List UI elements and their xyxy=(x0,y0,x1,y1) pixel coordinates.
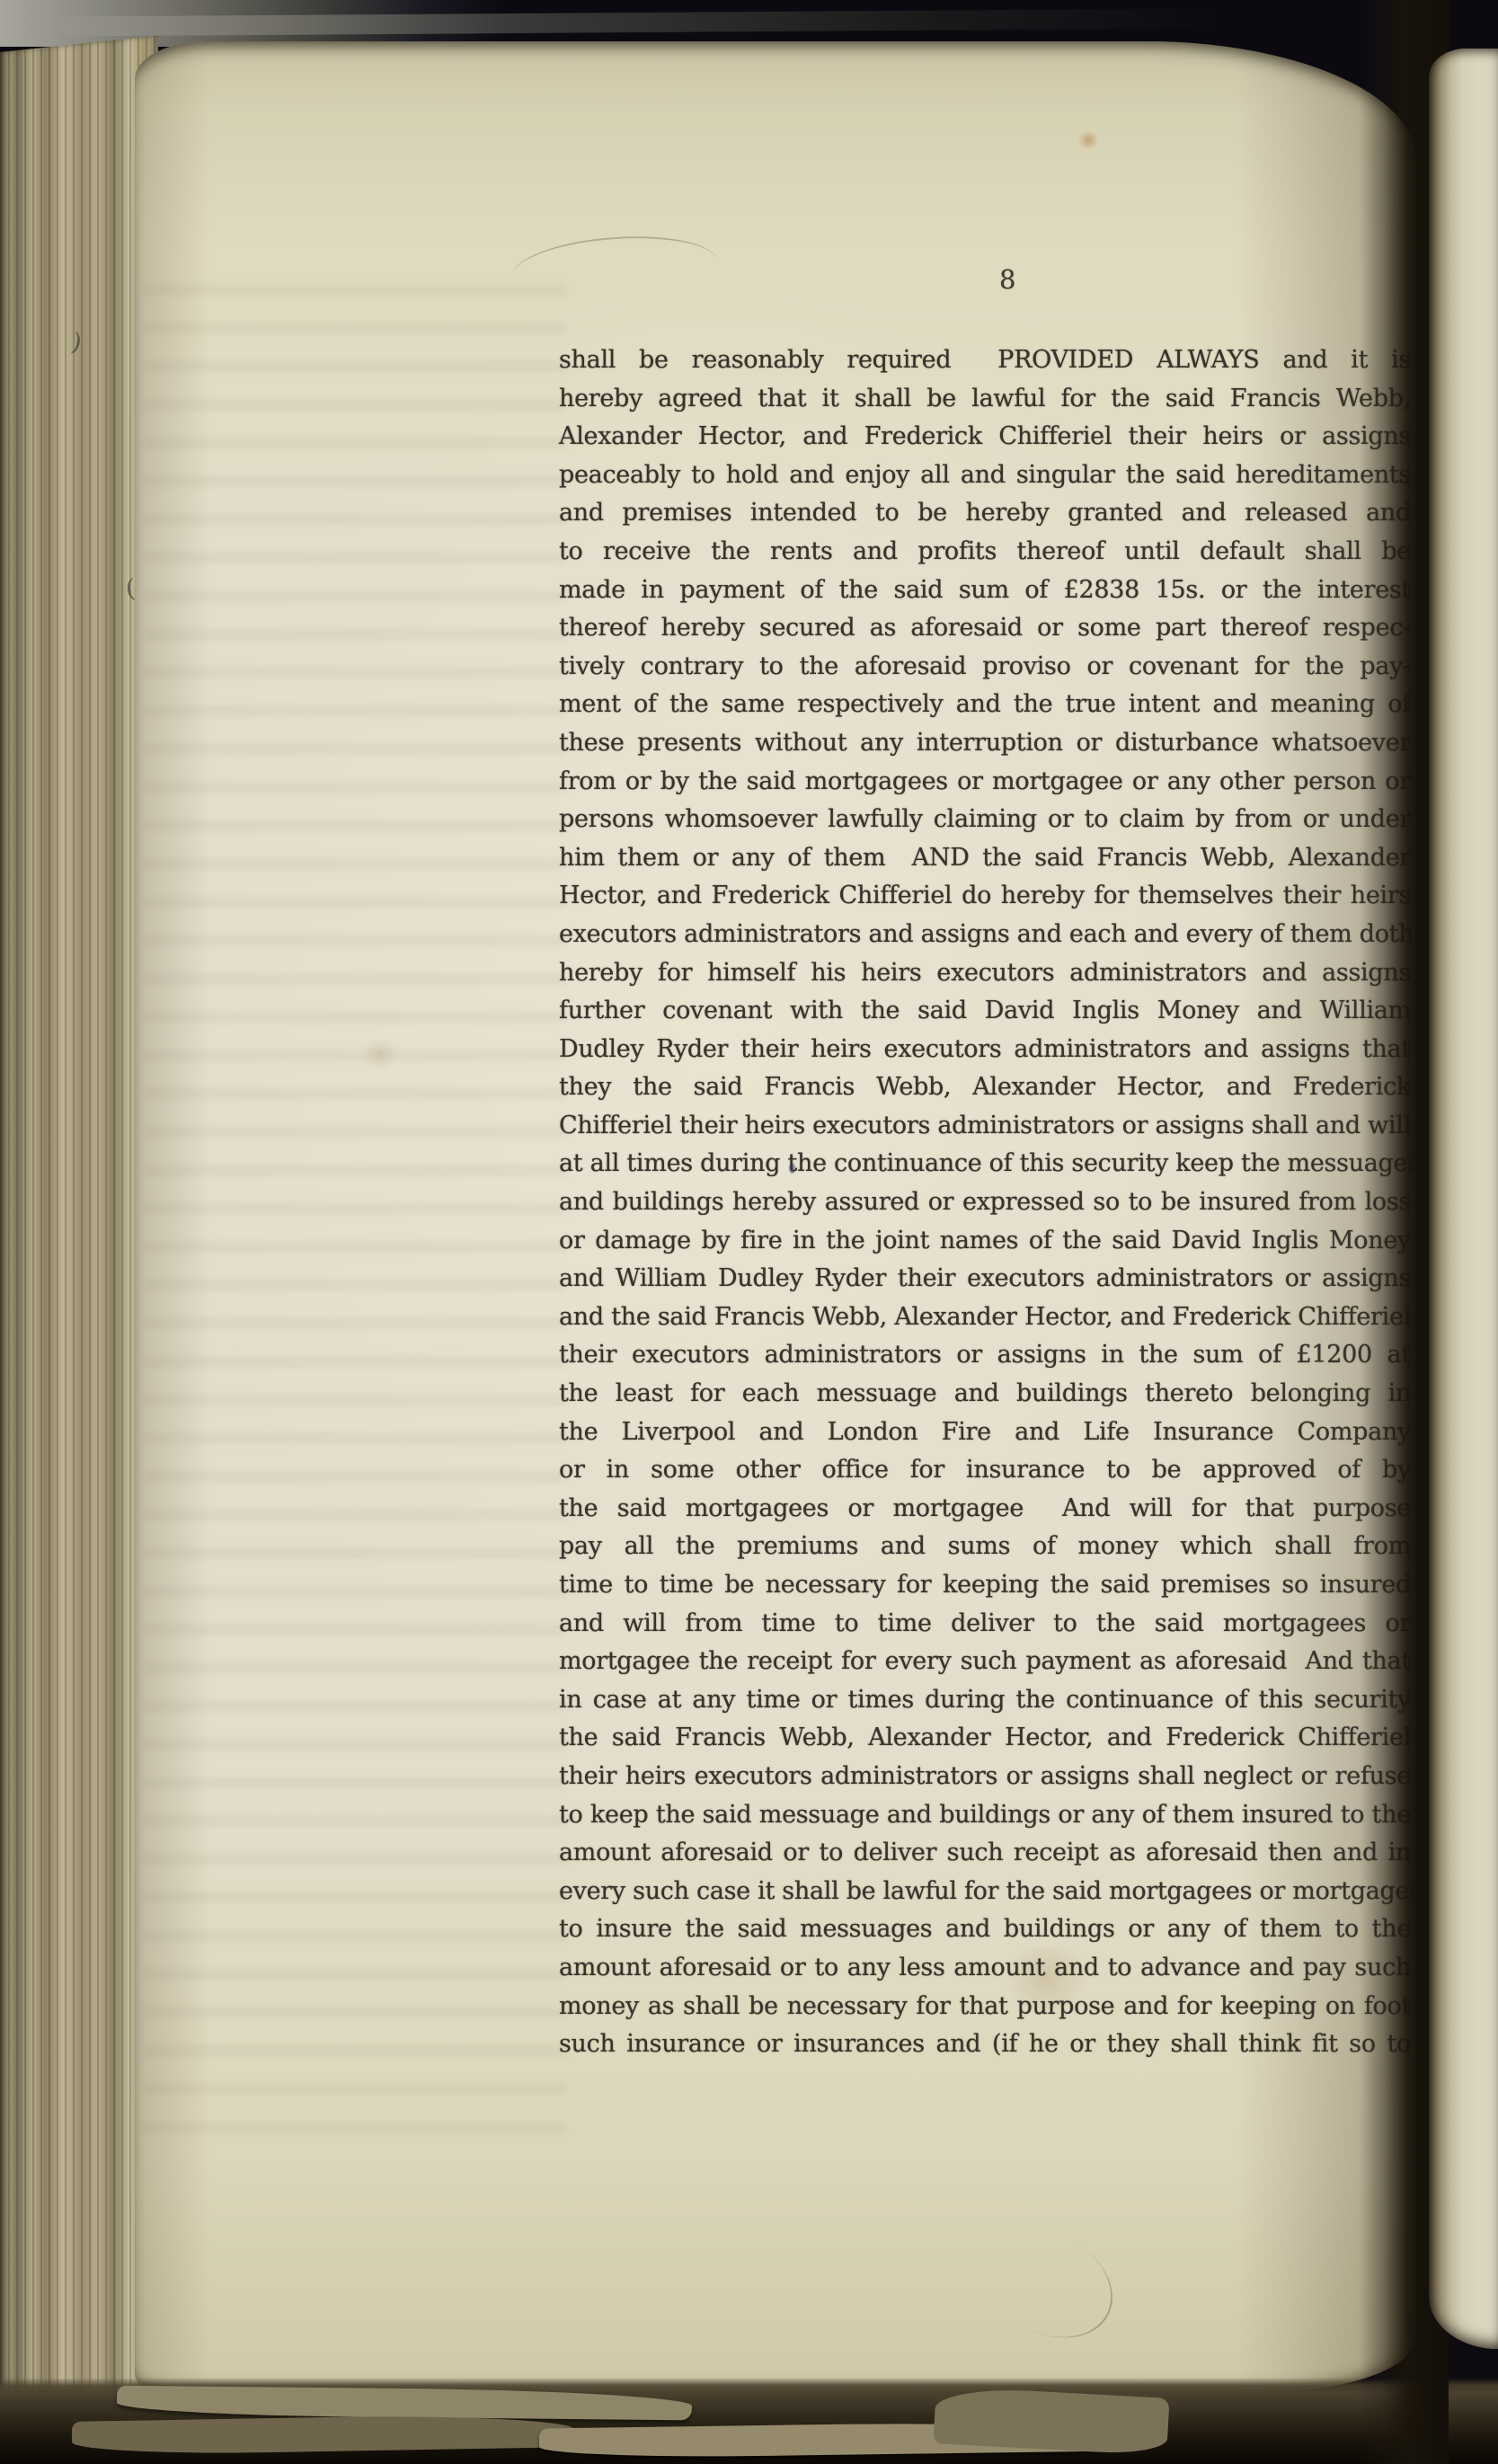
text-line: to insure the said messuages and buildin… xyxy=(559,1910,1411,1949)
text-line: tively contrary to the aforesaid proviso… xyxy=(559,648,1411,687)
text-line: or in some other office for insurance to… xyxy=(559,1451,1411,1490)
text-line: shall be reasonably required PROVIDED AL… xyxy=(559,341,1411,380)
text-line: made in payment of the said sum of £2838… xyxy=(559,572,1411,610)
text-line: time to time be necessary for keeping th… xyxy=(559,1566,1411,1605)
crease-mark xyxy=(964,2208,1131,2359)
text-line: the said Francis Webb, Alexander Hector,… xyxy=(559,1719,1411,1758)
text-line: every such case it shall be lawful for t… xyxy=(559,1873,1411,1911)
bottom-edge-shape xyxy=(72,2413,576,2456)
text-line: ment of the same respectively and the tr… xyxy=(559,686,1411,724)
text-line: the least for each messuage and building… xyxy=(559,1375,1411,1414)
text-line: Dudley Ryder their heirs executors admin… xyxy=(559,1031,1411,1069)
text-line: further covenant with the said David Ing… xyxy=(559,992,1411,1031)
book-photo: 8 shall be reasonably required PROVIDED … xyxy=(0,0,1498,2464)
text-line: such insurance or insurances and (if he … xyxy=(559,2025,1411,2064)
text-line: thereof hereby secured as aforesaid or s… xyxy=(559,609,1411,648)
text-line: mortgagee the receipt for every such pay… xyxy=(559,1643,1411,1681)
text-line: amount aforesaid or to any less amount a… xyxy=(559,1949,1411,1988)
text-line: him them or any of them AND the said Fra… xyxy=(559,839,1411,878)
text-line: Hector, and Frederick Chifferiel do here… xyxy=(559,877,1411,916)
next-page-edge xyxy=(1429,49,1498,2349)
text-line: Alexander Hector, and Frederick Chifferi… xyxy=(559,418,1411,456)
text-line: or damage by fire in the joint names of … xyxy=(559,1222,1411,1261)
page-number: 8 xyxy=(999,264,1053,295)
text-line: to receive the rents and profits thereof… xyxy=(559,533,1411,572)
text-line: hereby for himself his heirs executors a… xyxy=(559,954,1411,993)
text-line: at all times during the continuance of t… xyxy=(559,1145,1411,1183)
text-line: and will from time to time deliver to th… xyxy=(559,1605,1411,1644)
bottom-page-edges xyxy=(0,2378,1498,2464)
text-line: the Liverpool and London Fire and Life I… xyxy=(559,1414,1411,1452)
text-line: their heirs executors administrators or … xyxy=(559,1758,1411,1796)
text-line: they the said Francis Webb, Alexander He… xyxy=(559,1068,1411,1107)
text-line: and buildings hereby assured or expresse… xyxy=(559,1183,1411,1222)
text-line: money as shall be necessary for that pur… xyxy=(559,1988,1411,2026)
text-line: these presents without any interruption … xyxy=(559,724,1411,763)
stain xyxy=(1077,131,1100,149)
bottom-edge-shape xyxy=(117,2386,692,2421)
text-block: shall be reasonably required PROVIDED AL… xyxy=(559,341,1411,2076)
text-line: the said mortgagees or mortgagee And wil… xyxy=(559,1490,1411,1529)
text-line: hereby agreed that it shall be lawful fo… xyxy=(559,380,1411,419)
text-line: and the said Francis Webb, Alexander Hec… xyxy=(559,1298,1411,1337)
text-line: persons whomsoever lawfully claiming or … xyxy=(559,801,1411,839)
text-line: and premises intended to be hereby grant… xyxy=(559,494,1411,533)
text-line: amount aforesaid or to deliver such rece… xyxy=(559,1834,1411,1873)
book-page: 8 shall be reasonably required PROVIDED … xyxy=(135,41,1415,2392)
text-line: executors administrators and assigns and… xyxy=(559,916,1411,954)
text-line: pay all the premiums and sums of money w… xyxy=(559,1528,1411,1566)
bottom-edge-shape xyxy=(934,2386,1170,2456)
showthrough-ghost-text xyxy=(144,284,566,2135)
text-line: their executors administrators or assign… xyxy=(559,1336,1411,1375)
text-line: from or by the said mortgagees or mortga… xyxy=(559,763,1411,802)
text-line: in case at any time or times during the … xyxy=(559,1681,1411,1720)
text-line: to keep the said messuage and buildings … xyxy=(559,1796,1411,1835)
text-line: Chifferiel their heirs executors adminis… xyxy=(559,1107,1411,1146)
text-line: and William Dudley Ryder their executors… xyxy=(559,1260,1411,1298)
stain xyxy=(359,1039,401,1069)
text-line: peaceably to hold and enjoy all and sing… xyxy=(559,456,1411,495)
